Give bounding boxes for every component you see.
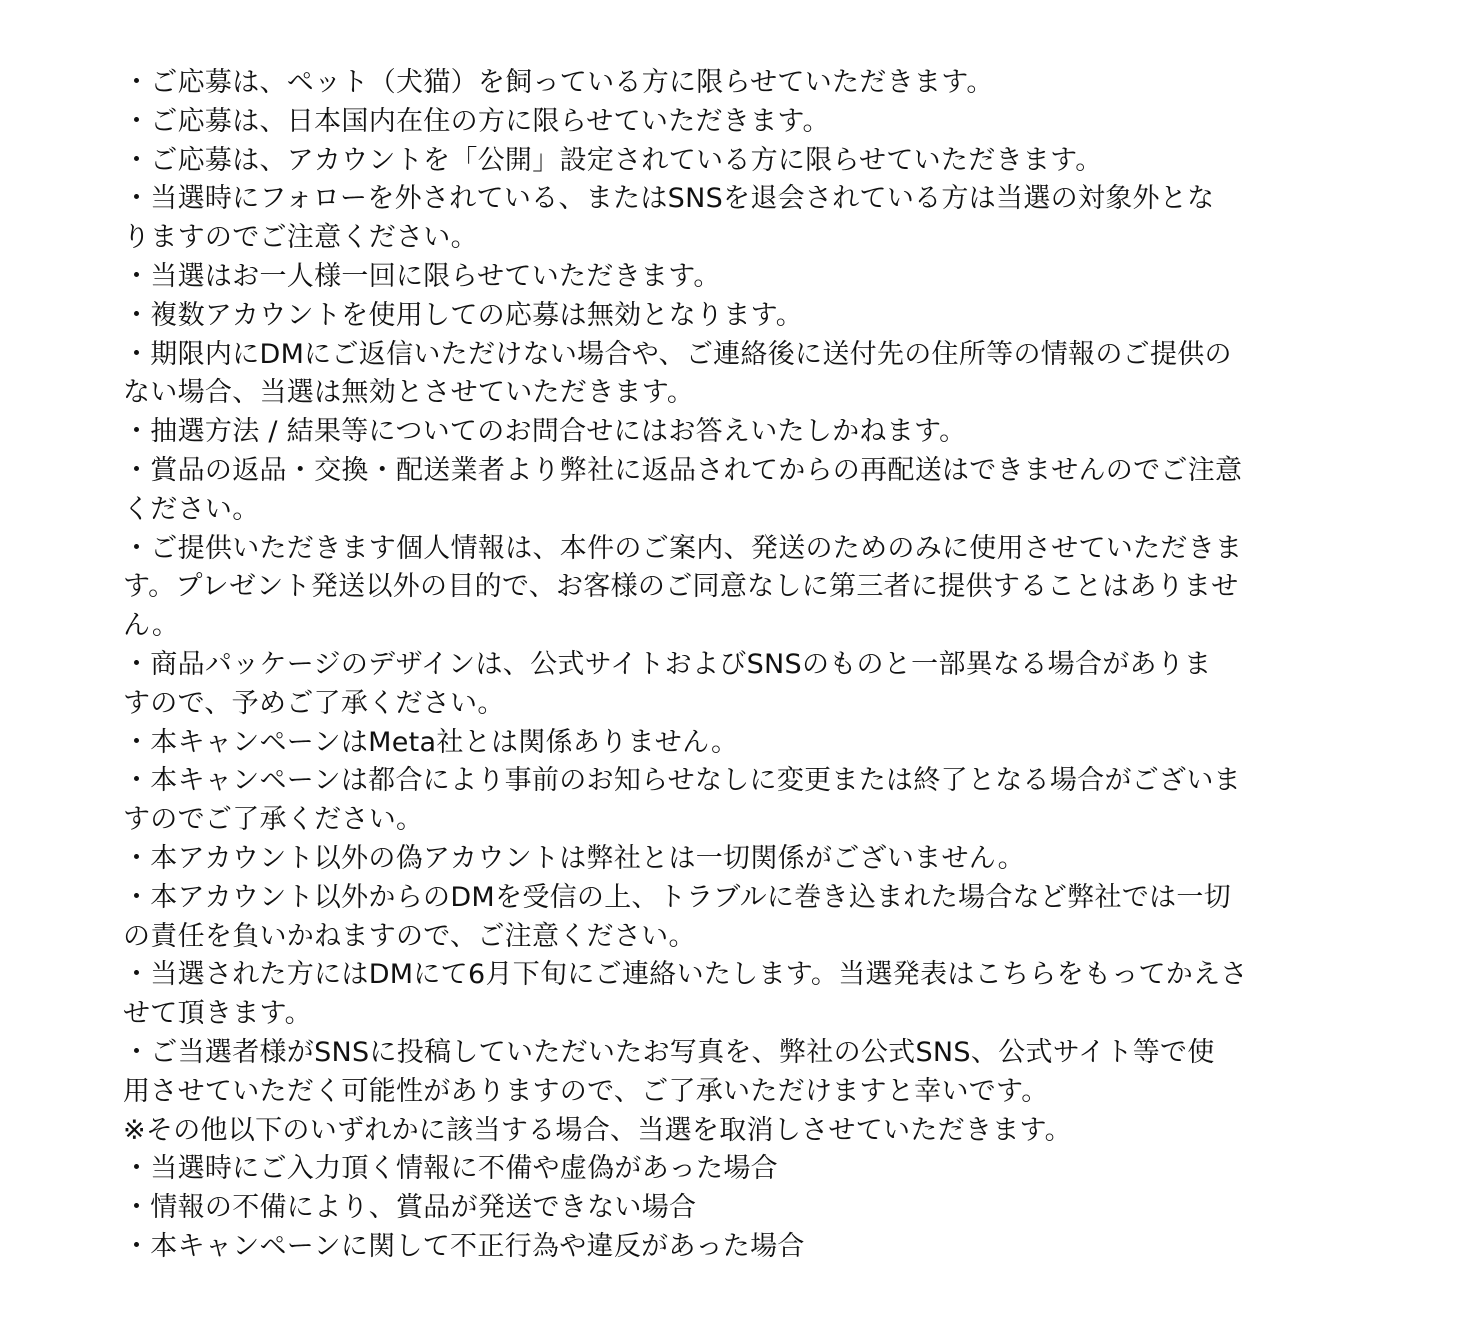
text-line: ない場合、当選は無効とさせていただきます。	[123, 374, 1338, 413]
text-line: すので、予めご了承ください。	[123, 685, 1338, 724]
term-winner-notification: ・当選された方にはDMにて6月下旬にご連絡いたします。当選発表はこちらをもってか…	[123, 956, 1338, 1034]
text-line: ・ご応募は、ペット（犬猫）を飼っている方に限らせていただきます。	[123, 64, 1338, 103]
text-line: 用させていただく可能性がありますので、ご了承いただけますと幸いです。	[123, 1073, 1338, 1112]
term-one-win-per-person: ・当選はお一人様一回に限らせていただきます。	[123, 258, 1338, 297]
text-line: ・期限内にDMにご返信いただけない場合や、ご連絡後に送付先の住所等の情報のご提供…	[123, 336, 1338, 375]
text-line: ・抽選方法 / 結果等についてのお問合せにはお答えいたしかねます。	[123, 413, 1338, 452]
term-no-returns: ・賞品の返品・交換・配送業者より弊社に返品されてからの再配送はできませんのでご注…	[123, 452, 1338, 530]
text-line: の責任を負いかねますので、ご注意ください。	[123, 918, 1338, 957]
cancel-cannot-ship: ・情報の不備により、賞品が発送できない場合	[123, 1189, 1338, 1228]
text-line: ・本キャンペーンは都合により事前のお知らせなしに変更または終了となる場合がござい…	[123, 762, 1338, 801]
term-fake-accounts: ・本アカウント以外の偽アカウントは弊社とは一切関係がございません。	[123, 840, 1338, 879]
campaign-terms-document: ・ご応募は、ペット（犬猫）を飼っている方に限らせていただきます。 ・ご応募は、日…	[123, 64, 1338, 1267]
text-line: ・本キャンペーンはMeta社とは関係ありません。	[123, 724, 1338, 763]
text-line: ・当選時にフォローを外されている、またはSNSを退会されている方は当選の対象外と…	[123, 180, 1338, 219]
text-line: ・本アカウント以外からのDMを受信の上、トラブルに巻き込まれた場合など弊社では一…	[123, 879, 1338, 918]
text-line: ・当選された方にはDMにて6月下旬にご連絡いたします。当選発表はこちらをもってか…	[123, 956, 1338, 995]
term-unfollow-excluded: ・当選時にフォローを外されている、またはSNSを退会されている方は当選の対象外と…	[123, 180, 1338, 258]
text-line: ・情報の不備により、賞品が発送できない場合	[123, 1189, 1338, 1228]
term-multiple-accounts: ・複数アカウントを使用しての応募は無効となります。	[123, 297, 1338, 336]
text-line: ※その他以下のいずれかに該当する場合、当選を取消しさせていただきます。	[123, 1112, 1338, 1151]
text-line: りますのでご注意ください。	[123, 219, 1338, 258]
term-meta-unaffiliated: ・本キャンペーンはMeta社とは関係ありません。	[123, 724, 1338, 763]
text-line: ・ご応募は、アカウントを「公開」設定されている方に限らせていただきます。	[123, 142, 1338, 181]
term-campaign-changes: ・本キャンペーンは都合により事前のお知らせなしに変更または終了となる場合がござい…	[123, 762, 1338, 840]
term-japan-residents: ・ご応募は、日本国内在住の方に限らせていただきます。	[123, 103, 1338, 142]
term-package-design: ・商品パッケージのデザインは、公式サイトおよびSNSのものと一部異なる場合があり…	[123, 646, 1338, 724]
text-line: ・複数アカウントを使用しての応募は無効となります。	[123, 297, 1338, 336]
text-line: ・ご当選者様がSNSに投稿していただいたお写真を、弊社の公式SNS、公式サイト等…	[123, 1034, 1338, 1073]
text-line: ・当選はお一人様一回に限らせていただきます。	[123, 258, 1338, 297]
text-line: ・本アカウント以外の偽アカウントは弊社とは一切関係がございません。	[123, 840, 1338, 879]
text-line: ん。	[123, 607, 1338, 646]
text-line: ・商品パッケージのデザインは、公式サイトおよびSNSのものと一部異なる場合があり…	[123, 646, 1338, 685]
term-dm-reply-deadline: ・期限内にDMにご返信いただけない場合や、ご連絡後に送付先の住所等の情報のご提供…	[123, 336, 1338, 414]
cancellation-note: ※その他以下のいずれかに該当する場合、当選を取消しさせていただきます。	[123, 1112, 1338, 1151]
text-line: ください。	[123, 491, 1338, 530]
text-line: ・賞品の返品・交換・配送業者より弊社に返品されてからの再配送はできませんのでご注…	[123, 452, 1338, 491]
term-photo-usage: ・ご当選者様がSNSに投稿していただいたお写真を、弊社の公式SNS、公式サイト等…	[123, 1034, 1338, 1112]
term-no-inquiries: ・抽選方法 / 結果等についてのお問合せにはお答えいたしかねます。	[123, 413, 1338, 452]
term-public-account: ・ご応募は、アカウントを「公開」設定されている方に限らせていただきます。	[123, 142, 1338, 181]
cancel-fraud: ・本キャンペーンに関して不正行為や違反があった場合	[123, 1228, 1338, 1267]
term-pet-owners: ・ご応募は、ペット（犬猫）を飼っている方に限らせていただきます。	[123, 64, 1338, 103]
text-line: すのでご了承ください。	[123, 801, 1338, 840]
text-line: す。プレゼント発送以外の目的で、お客様のご同意なしに第三者に提供することはありま…	[123, 568, 1338, 607]
term-personal-info: ・ご提供いただきます個人情報は、本件のご案内、発送のためのみに使用させていただき…	[123, 530, 1338, 646]
text-line: ・ご応募は、日本国内在住の方に限らせていただきます。	[123, 103, 1338, 142]
text-line: ・当選時にご入力頂く情報に不備や虚偽があった場合	[123, 1150, 1338, 1189]
text-line: ・本キャンペーンに関して不正行為や違反があった場合	[123, 1228, 1338, 1267]
text-line: ・ご提供いただきます個人情報は、本件のご案内、発送のためのみに使用させていただき…	[123, 530, 1338, 569]
term-dm-trouble-disclaimer: ・本アカウント以外からのDMを受信の上、トラブルに巻き込まれた場合など弊社では一…	[123, 879, 1338, 957]
text-line: せて頂きます。	[123, 995, 1338, 1034]
cancel-incomplete-info: ・当選時にご入力頂く情報に不備や虚偽があった場合	[123, 1150, 1338, 1189]
